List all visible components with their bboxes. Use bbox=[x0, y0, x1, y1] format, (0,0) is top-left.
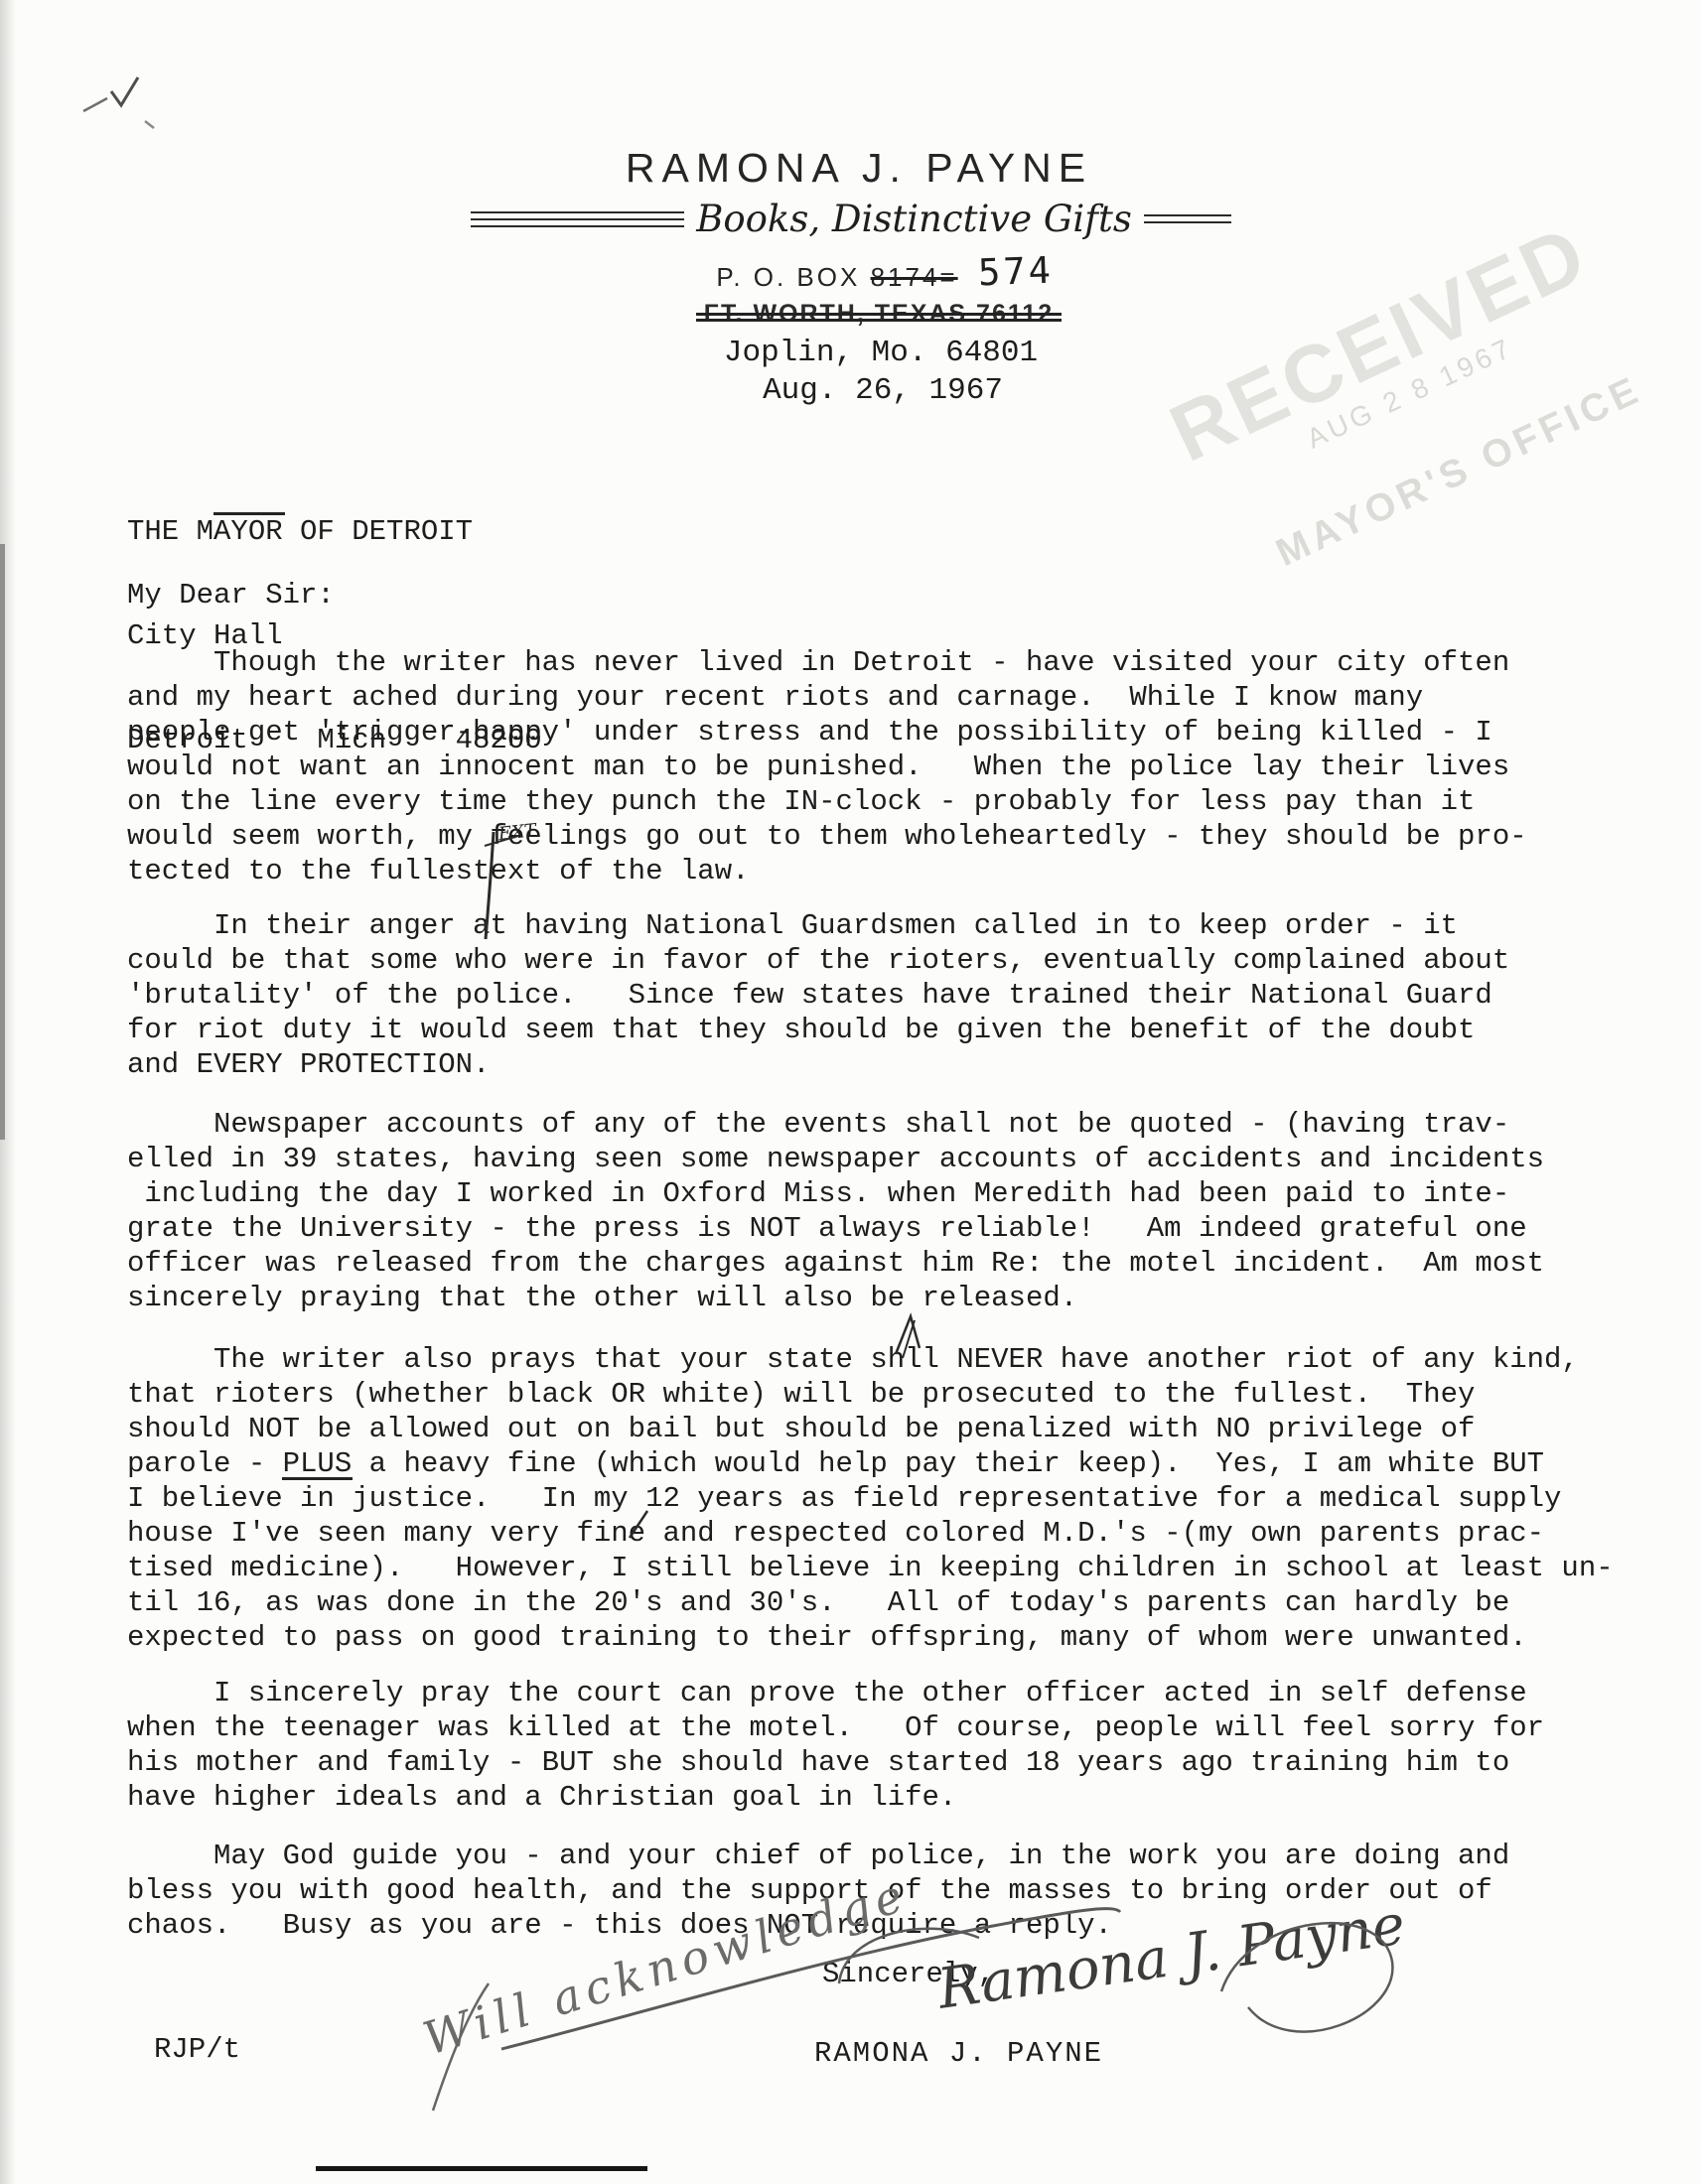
typist-initials: RJP/t bbox=[154, 2033, 240, 2066]
decorative-rule-right bbox=[1144, 212, 1231, 226]
handwritten-correction: EXT bbox=[497, 820, 537, 845]
underline-plus-mark bbox=[282, 1477, 353, 1480]
pencil-check-mark bbox=[111, 77, 138, 105]
scanned-letter-page: RECEIVED AUG 2 8 1967 MAYOR'S OFFICE RAM… bbox=[0, 0, 1702, 2184]
letterhead-tagline-row: Books, Distinctive Gifts bbox=[0, 198, 1702, 240]
typed-signature-name: RAMONA J. PAYNE bbox=[814, 2037, 1103, 2070]
letterhead-oldcity-line: FT. WORTH, TEXAS 76112 bbox=[0, 300, 1702, 329]
letter-date: Aug. 26, 1967 bbox=[32, 373, 1702, 408]
decorative-rule-left bbox=[471, 208, 684, 229]
letter-paragraph: Though the writer has never lived in Det… bbox=[127, 645, 1682, 888]
recipient-line-1: THE MAYOR OF DETROIT bbox=[127, 514, 542, 549]
letterhead-name: RAMONA J. PAYNE bbox=[8, 145, 1702, 192]
letter-paragraph: Newspaper accounts of any of the events … bbox=[127, 1107, 1682, 1315]
letter-paragraph: In their anger at having National Guards… bbox=[127, 908, 1682, 1082]
letterhead-pobox-line: P. O. BOX 8174= 574 bbox=[34, 252, 1702, 295]
pencil-dot-mark bbox=[145, 121, 154, 128]
scan-bottom-line bbox=[316, 2166, 647, 2171]
pobox-new-number-handwritten: 574 bbox=[977, 249, 1054, 295]
pencil-mark bbox=[83, 98, 107, 111]
letterhead: RAMONA J. PAYNE Books, Distinctive Gifts… bbox=[0, 145, 1702, 408]
letter-paragraph: The writer also prays that your state sh… bbox=[127, 1342, 1682, 1655]
salutation: My Dear Sir: bbox=[127, 579, 335, 612]
pobox-old-number-struck: 8174= bbox=[871, 262, 958, 292]
letterhead-city-line: Joplin, Mo. 64801 bbox=[30, 336, 1702, 370]
letter-paragraph: I sincerely pray the court can prove the… bbox=[127, 1676, 1682, 1815]
scan-edge-line bbox=[0, 544, 5, 1140]
oldcity-struck-text: FT. WORTH, TEXAS 76112 bbox=[704, 300, 1054, 329]
letterhead-tagline: Books, Distinctive Gifts bbox=[696, 198, 1132, 240]
underline-hall-mark bbox=[213, 512, 285, 515]
pobox-label: P. O. BOX bbox=[716, 262, 860, 292]
